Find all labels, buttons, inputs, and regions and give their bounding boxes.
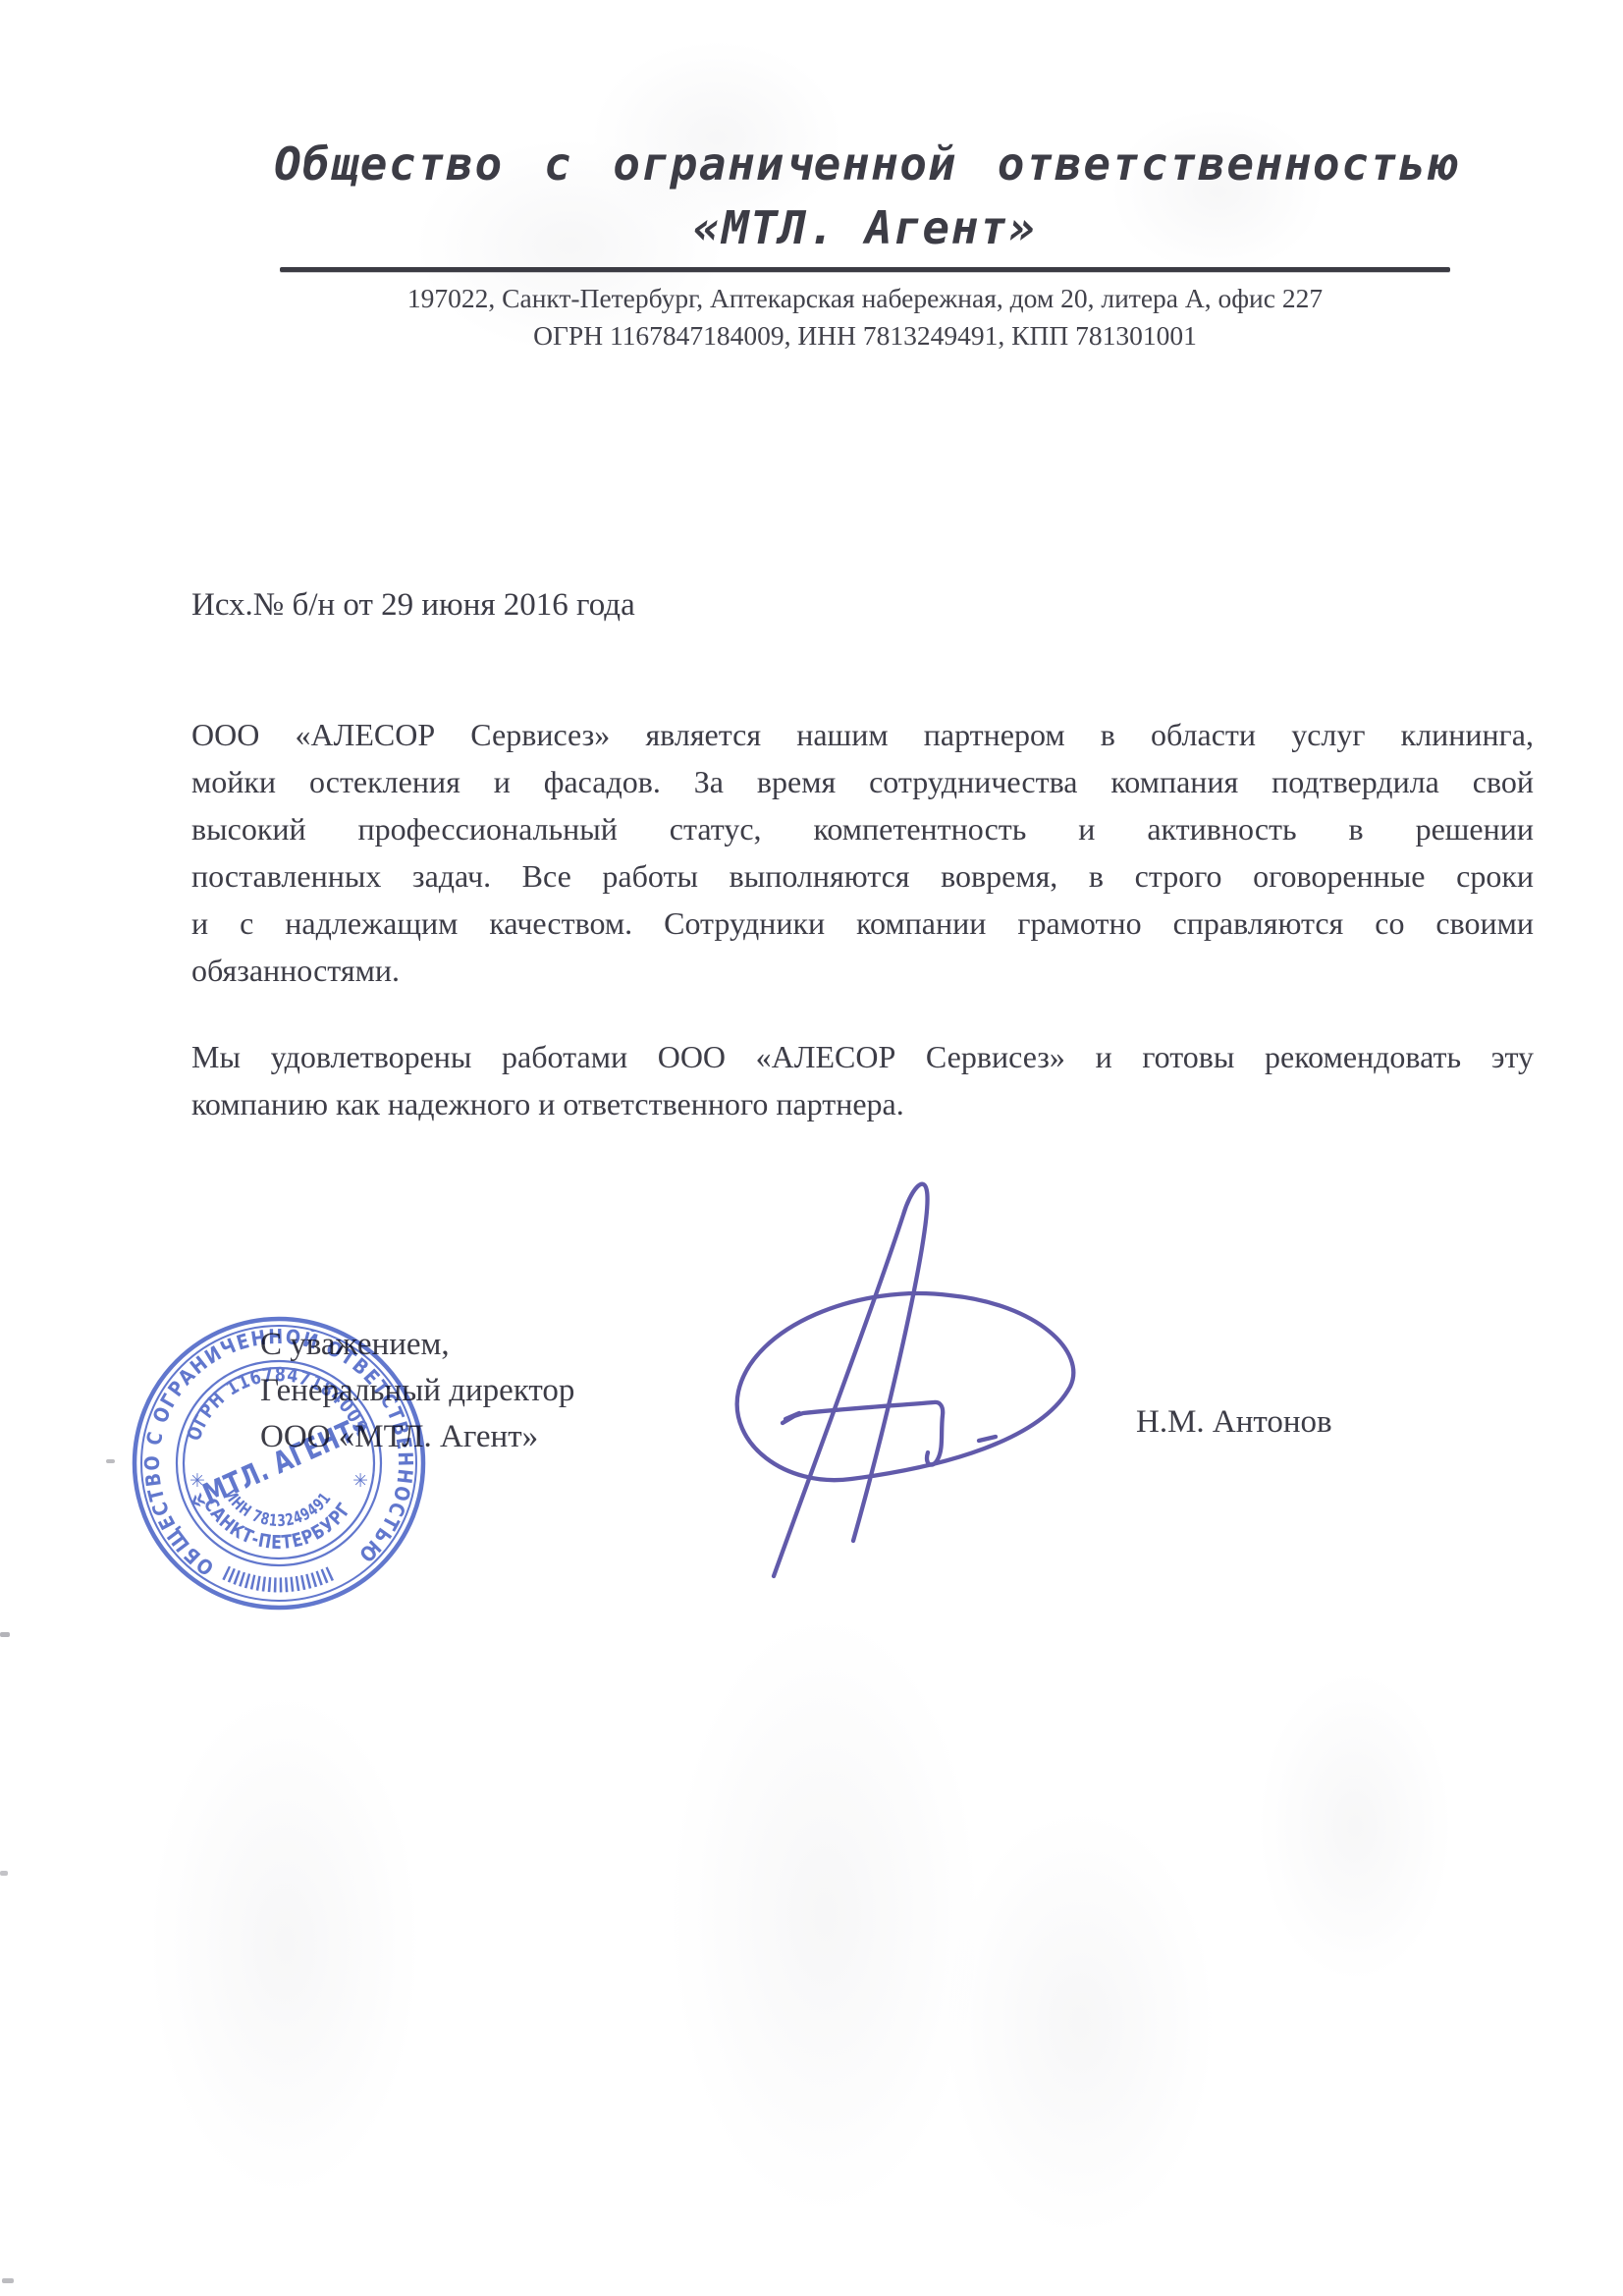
body-paragraph-2: Мы удовлетворены работами ООО «АЛЕСОР Се…	[191, 1033, 1534, 1127]
scan-artifact	[943, 1807, 1217, 2239]
paragraph-line: Мы удовлетворены работами ООО «АЛЕСОР Се…	[191, 1033, 1534, 1080]
scan-artifact	[0, 1871, 8, 1876]
company-stamp: ОБЩЕСТВО С ОГРАНИЧЕННОЙ ОТВЕТСТВЕННОСТЬЮ…	[126, 1310, 432, 1616]
paragraph-line: мойки остекления и фасадов. За время сот…	[191, 758, 1534, 805]
paragraph-line: ООО «АЛЕСОР Сервисез» является нашим пар…	[191, 711, 1534, 758]
paragraph-line: и с надлежащим качеством. Сотрудники ком…	[191, 900, 1534, 947]
body-paragraph-1: ООО «АЛЕСОР Сервисез» является нашим пар…	[191, 711, 1534, 994]
letterhead-divider	[280, 267, 1450, 272]
paragraph-line: поставленных задач. Все работы выполняют…	[191, 852, 1534, 900]
paragraph-line: высокий профессиональный статус, компете…	[191, 805, 1534, 852]
signature-stroke	[774, 1184, 928, 1576]
signature-stroke	[979, 1437, 996, 1441]
org-type-line: Общество с ограниченной ответственностью	[98, 137, 1623, 191]
scan-artifact	[106, 1459, 115, 1463]
letterhead: Общество с ограниченной ответственностью…	[98, 0, 1623, 373]
scan-artifact	[147, 1689, 422, 2200]
stamp-hatch-band	[226, 1572, 333, 1585]
reference-number-line: Исх.№ б/н от 29 июня 2016 года	[191, 587, 635, 624]
address-line: 197022, Санкт-Петербург, Аптекарская наб…	[98, 283, 1623, 314]
page: Общество с ограниченной ответственностью…	[0, 0, 1623, 2296]
handwritten-signature	[702, 1144, 1193, 1596]
registration-line: ОГРН 1167847184009, ИНН 7813249491, КПП …	[98, 320, 1623, 352]
stamp-star-separator: ✳	[352, 1470, 368, 1492]
paragraph-line: обязанностями.	[191, 947, 1534, 994]
scan-artifact	[668, 1611, 982, 2219]
org-name-line: «МТЛ. Агент»	[98, 201, 1623, 254]
signature-stroke	[783, 1402, 943, 1465]
scan-artifact	[1257, 1669, 1453, 1984]
scan-artifact	[2, 2278, 14, 2283]
scan-artifact	[0, 1632, 10, 1637]
paragraph-line: компанию как надежного и ответственного …	[191, 1080, 1534, 1127]
signature-stroke	[737, 1293, 1074, 1480]
stamp-center-text: «МТЛ. АГЕНТ»	[185, 1409, 374, 1519]
